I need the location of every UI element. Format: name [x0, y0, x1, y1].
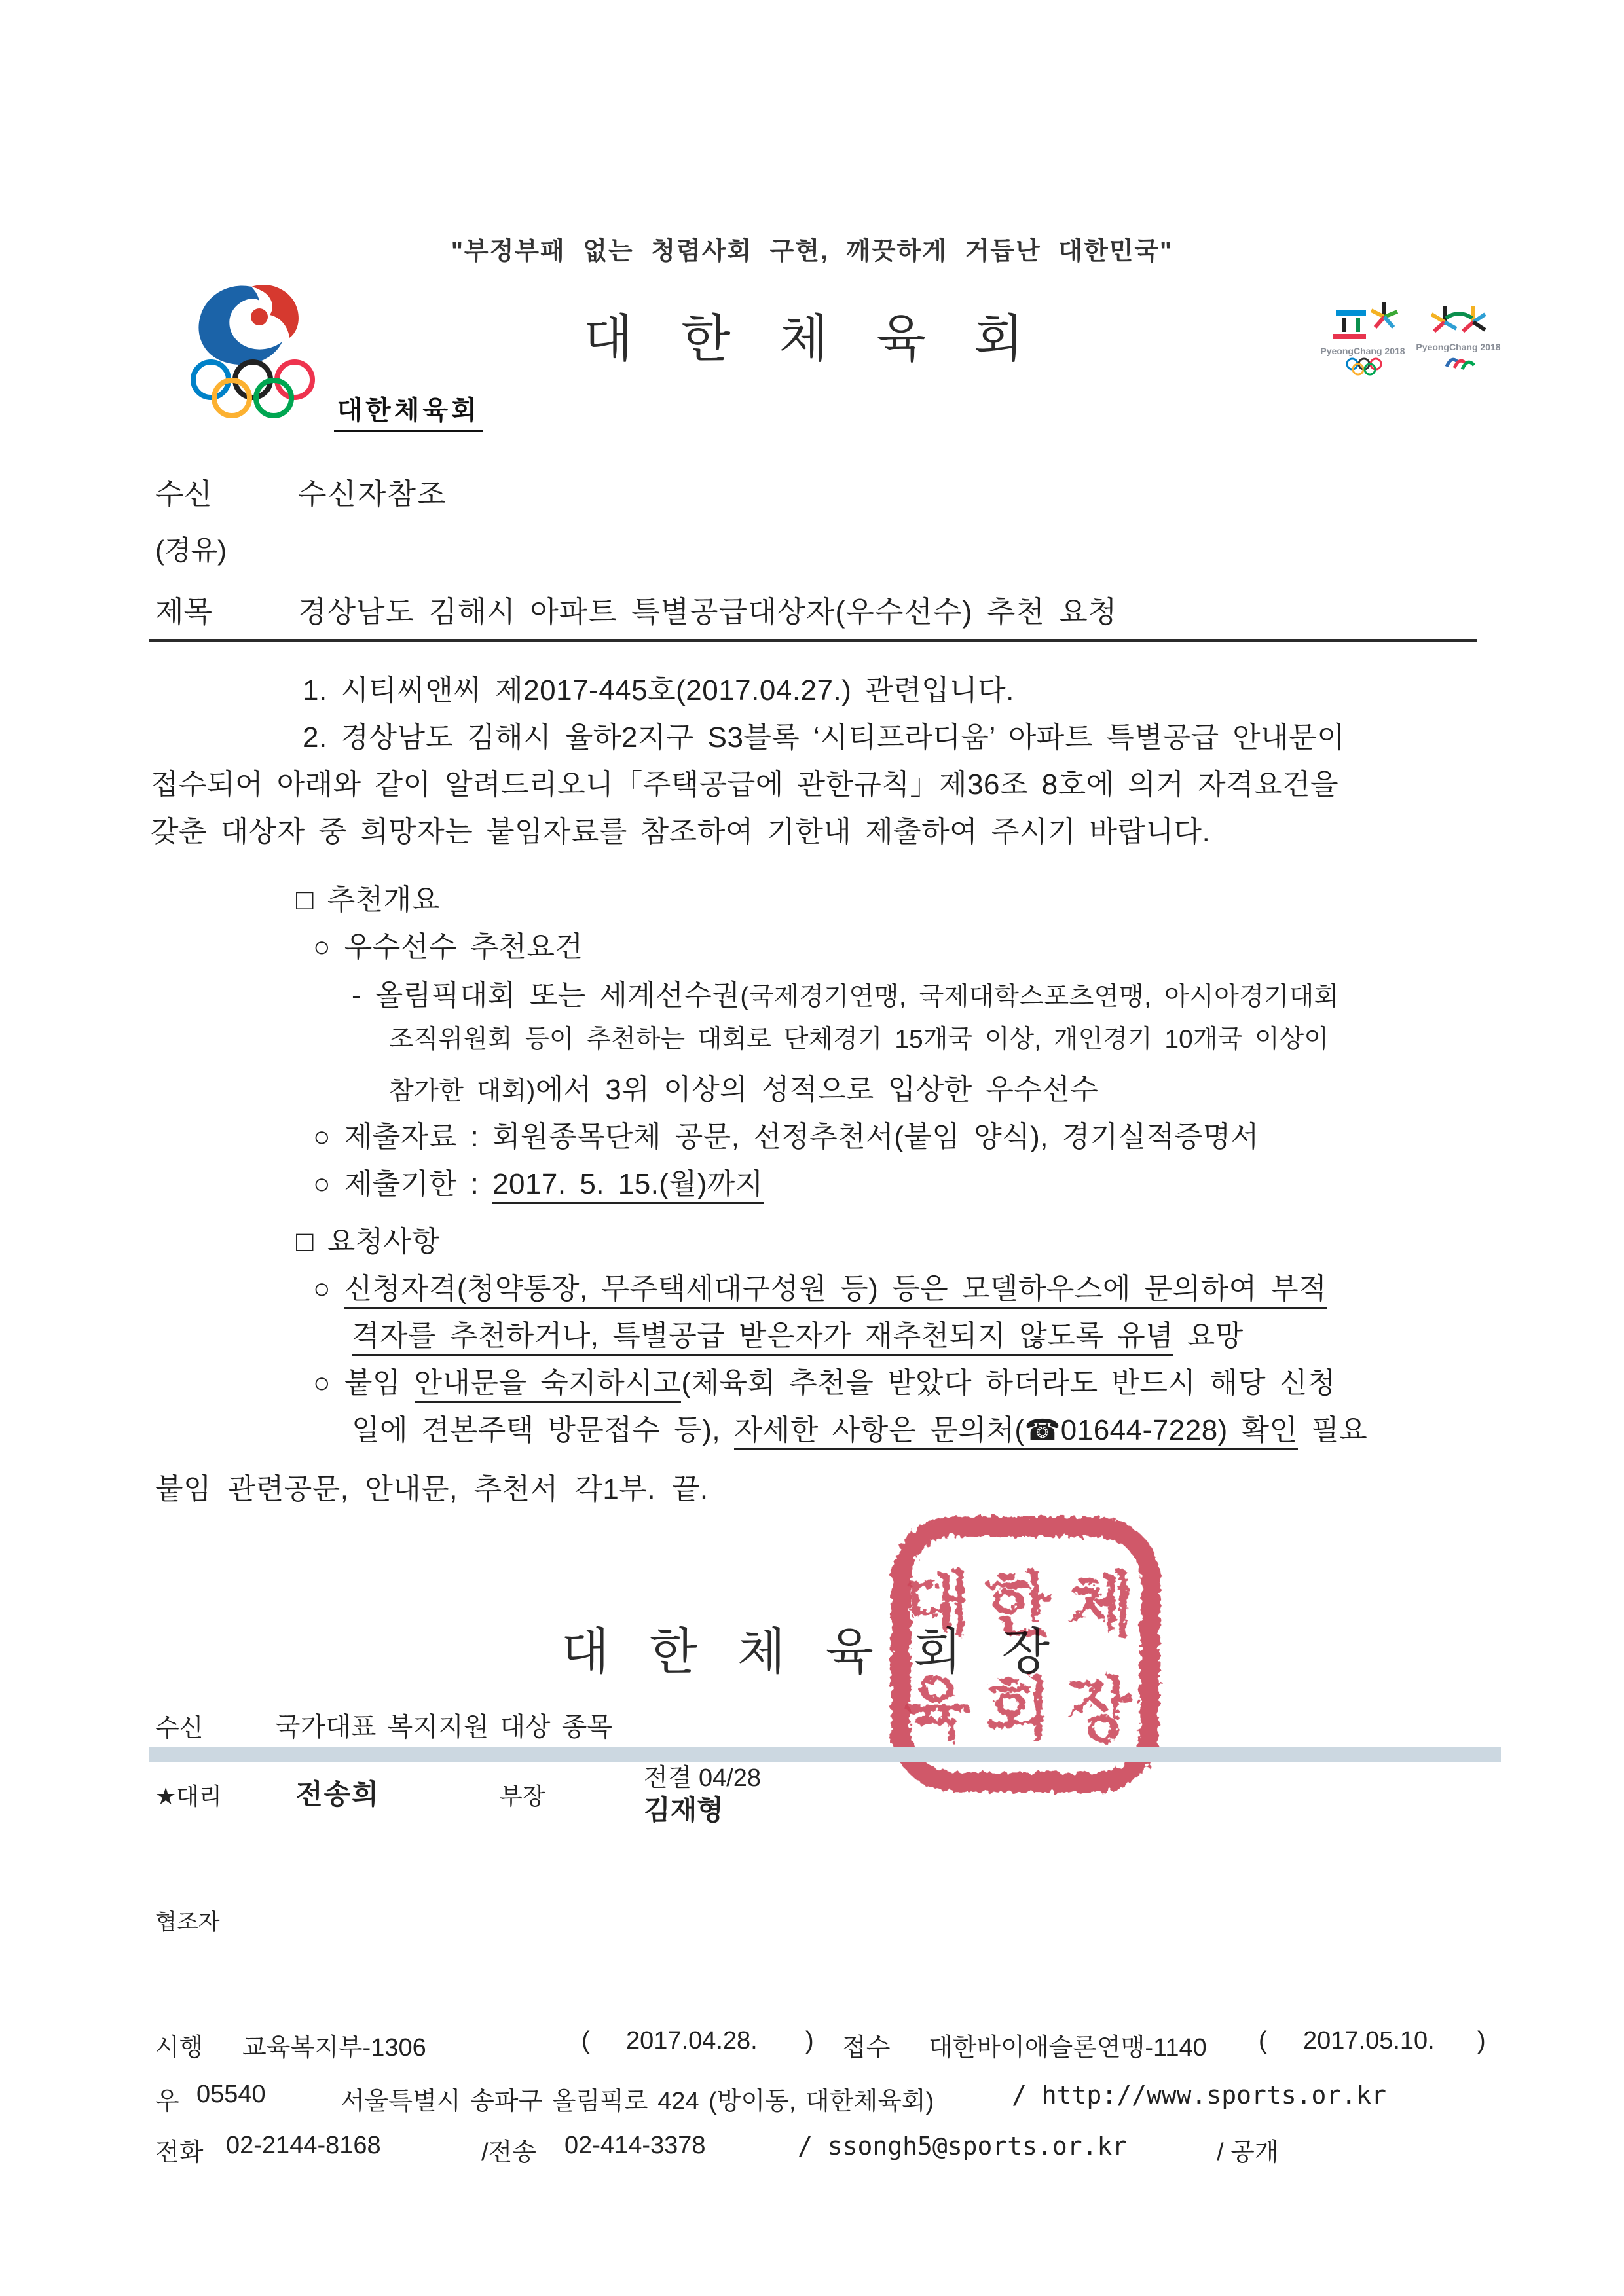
approver-name: 김재형 [644, 1789, 724, 1828]
recv-paren-close: ) [1477, 2027, 1486, 2055]
overview-detail-line-2: 조직위원회 등이 추천하는 대회로 단체경기 15개국 이상, 개인경기 10개… [389, 1019, 1329, 1055]
official-document-page: "부정부패 없는 청렴사회 구현, 깨끗하게 거듭난 대한민국" 대한체육회 대… [0, 0, 1624, 2296]
recv-date: 2017.05.10. [1303, 2027, 1435, 2055]
request-2-rest-2: 필요 [1298, 1414, 1368, 1446]
exec-label: 시행 [155, 2027, 203, 2063]
address: 서울특별시 송파구 올림픽로 424 (방이동, 대한체육회) [341, 2081, 934, 2117]
olympic-wordmark: PyeongChang 2018 [1320, 346, 1405, 356]
bullet-circle: ○ [313, 1367, 344, 1399]
exec-paren-close: ) [805, 2027, 814, 2055]
recv-paren-open: ( [1259, 2027, 1267, 2055]
tel-no: 02-2144-8168 [226, 2132, 381, 2160]
ksoc-logo-label: 대한체육회 [334, 390, 482, 432]
disclosure-label: / 공개 [1217, 2132, 1279, 2168]
pyeongchang-logos: PyeongChang 2018 [1324, 300, 1497, 378]
routing-recipient-value: 국가대표 복지지원 대상 종목 [275, 1706, 612, 1743]
pyeongchang-olympic-emblem-icon [1324, 300, 1401, 346]
double-snowflake-icon [1431, 306, 1485, 331]
subject-divider [149, 639, 1477, 642]
fax-no: 02-414-3378 [564, 2132, 706, 2160]
request-item-1-line-2: 격자를 추천하거나, 특별공급 받은자가 재추천되지 않도록 유념 요망 [352, 1312, 1244, 1354]
request-2-underlined-1: 안내문을 숙지하시고 [415, 1367, 682, 1403]
pyeongchang-paralympic-emblem-icon [1420, 300, 1497, 342]
drafter-name: 전송희 [296, 1773, 380, 1812]
drafter-role: ★대리 [155, 1778, 222, 1812]
tel-label: 전화 [155, 2132, 203, 2168]
deadline-label: ○ 제출기한 : [313, 1168, 492, 1200]
pyeongchang-olympic-logo: PyeongChang 2018 [1324, 300, 1401, 378]
president-signature-title: 대 한 체 육 회 장 [0, 1612, 1624, 1683]
overview-detail-1-main: - 올림픽대회 또는 세계선수권 [352, 979, 740, 1011]
request-1-underlined-2: 격자를 추천하거나, 특별공급 받은자가 재추천되지 않도록 유념 [352, 1320, 1173, 1356]
zip-code: 05540 [196, 2081, 266, 2109]
overview-detail-line-3: 참가한 대회)에서 3위 이상의 성적으로 입상한 우수선수 [389, 1066, 1098, 1108]
zip-label: 우 [155, 2081, 179, 2117]
overview-detail-3-paren: 참가한 대회) [389, 1077, 536, 1105]
request-2-underlined-2: 자세한 사항은 문의처(☎01644-7228) 확인 [734, 1414, 1298, 1450]
recv-doc-no: 대한바이애슬론연맹-1140 [929, 2027, 1207, 2063]
subject-value: 경상남도 김해시 아파트 특별공급대상자(우수선수) 추천 요청 [298, 588, 1117, 630]
request-1-underlined-1: 신청자격(청약통장, 무주택세대구성원 등) 등은 모델하우스에 문의하여 부적 [344, 1273, 1327, 1309]
snowflake-icon [1371, 302, 1397, 327]
body-line-2: 2. 경상남도 김해시 율하2지구 S3블록 ‘시티프라디움’ 아파트 특별공급… [303, 714, 1345, 756]
overview-detail-1-paren: (국제경기연맹, 국제대학스포츠연맹, 아시아경기대회 [740, 983, 1339, 1011]
request-1-rest: 요망 [1173, 1320, 1244, 1352]
subject-label: 제목 [155, 588, 212, 630]
overview-detail-line-1: - 올림픽대회 또는 세계선수권(국제경기연맹, 국제대학스포츠연맹, 아시아경… [352, 972, 1339, 1013]
overview-heading: □ 추천개요 [296, 876, 440, 918]
approval-note: 전결 04/28 [644, 1757, 761, 1793]
request-item-1-line-1: ○ 신청자격(청약통장, 무주택세대구성원 등) 등은 모델하우스에 문의하여 … [313, 1265, 1327, 1307]
olympic-rings-small-icon [1337, 356, 1389, 378]
overview-item-documents: ○ 제출자료 : 회원종목단체 공문, 선정추천서(붙임 양식), 경기실적증명… [313, 1113, 1259, 1155]
routing-recipient-label: 수신 [155, 1707, 203, 1743]
pyeongchang-paralympic-logo: PyeongChang 2018 [1420, 300, 1497, 378]
seal-graphics: 대한체 육회장 [900, 1526, 1151, 1783]
seal-text-row-2: 육회장 [902, 1671, 1147, 1750]
exec-date: 2017.04.28. [626, 2027, 758, 2055]
fax-label: /전송 [481, 2132, 536, 2168]
request-2-pre: 붙임 [344, 1367, 415, 1399]
body-line-4: 갖춘 대상자 중 희망자는 붙임자료를 참조하여 기한내 제출하여 주시기 바랍… [151, 808, 1210, 850]
request-item-2-line-1: ○ 붙임 안내문을 숙지하시고(체육회 추천을 받았다 하더라도 반드시 해당 … [313, 1359, 1336, 1401]
overview-item-athlete-requirement: ○ 우수선수 추천요건 [313, 923, 583, 965]
bullet-circle: ○ [313, 1273, 344, 1305]
body-line-1: 1. 시티씨앤씨 제2017-445호(2017.04.27.) 관련입니다. [303, 666, 1014, 708]
paralympic-wordmark: PyeongChang 2018 [1416, 342, 1500, 352]
exec-doc-no: 교육복지부-1306 [242, 2027, 426, 2063]
body-line-3: 접수되어 아래와 같이 알려드리오니「주택공급에 관한규칙」제36조 8호에 의… [151, 761, 1338, 803]
exec-paren-open: ( [581, 2027, 590, 2055]
seal-text-row-1: 대한체 [904, 1567, 1149, 1645]
recv-label: 접수 [842, 2027, 890, 2063]
recipient-value: 수신자참조 [298, 470, 447, 513]
routing-divider-band [149, 1747, 1501, 1762]
middle-role: 부장 [500, 1778, 545, 1812]
deadline-date-underlined: 2017. 5. 15.(월)까지 [492, 1168, 764, 1204]
request-item-2-line-2: 일에 견본주택 방문접수 등), 자세한 사항은 문의처(☎01644-7228… [352, 1406, 1367, 1448]
request-2-rest-1: (체육회 추천을 받았다 하더라도 반드시 해당 신청 [681, 1367, 1336, 1399]
via-label: (경유) [155, 529, 227, 568]
overview-detail-3-rest: 에서 3위 이상의 성적으로 입상한 우수선수 [536, 1074, 1099, 1106]
request-2-pre-2: 일에 견본주택 방문접수 등), [352, 1414, 734, 1446]
cooperator-label: 협조자 [155, 1904, 220, 1936]
paralympic-agitos-icon [1432, 352, 1485, 372]
attachment-line: 붙임 관련공문, 안내문, 추천서 각1부. 끝. [155, 1465, 709, 1507]
anti-corruption-slogan: "부정부패 없는 청렴사회 구현, 깨끗하게 거듭난 대한민국" [0, 230, 1624, 266]
recipient-label: 수신 [155, 470, 212, 513]
homepage-url: / http://www.sports.or.kr [1012, 2081, 1386, 2109]
request-heading: □ 요청사항 [296, 1218, 440, 1260]
overview-item-deadline: ○ 제출기한 : 2017. 5. 15.(월)까지 [313, 1160, 764, 1202]
email-address: / ssongh5@sports.or.kr [798, 2132, 1127, 2160]
